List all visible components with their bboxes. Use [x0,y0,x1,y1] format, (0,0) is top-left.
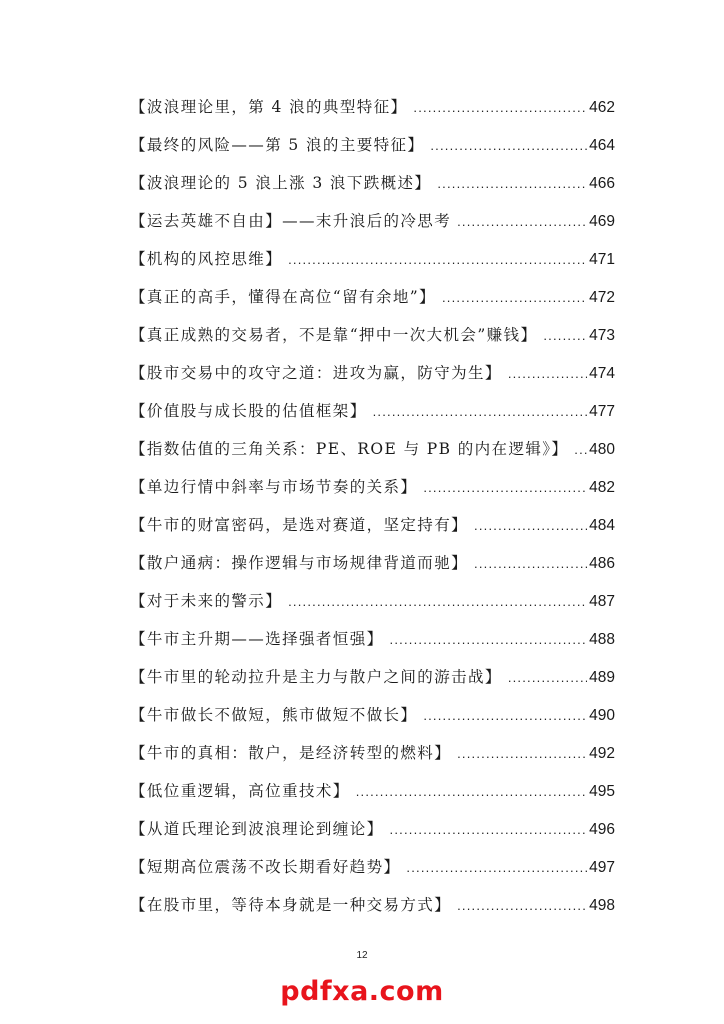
dot-leader [390,627,588,653]
toc-entry-title: 【真正的高手，懂得在高位“留有余地”】 [130,284,436,310]
toc-entry[interactable]: 【牛市的财富密码，是选对赛道，坚定持有】 484 [130,512,615,550]
toc-entry[interactable]: 【从道氏理论到波浪理论到缠论】 496 [130,816,615,854]
toc-entry[interactable]: 【在股市里，等待本身就是一种交易方式】 498 [130,892,615,930]
dot-leader [508,361,587,387]
toc-entry-page: 472 [589,285,615,311]
toc-entry-title: 【指数估值的三角关系：PE、ROE 与 PB 的内在逻辑》】 [130,436,568,462]
dot-leader [543,323,587,349]
toc-entry-title: 【牛市做长不做短，熊市做短不做长】 [130,702,417,728]
toc-entry-title: 【机构的风控思维】 [130,246,282,272]
toc-entry-title: 【对于未来的警示】 [130,588,282,614]
toc-entry-page: 492 [589,741,615,767]
toc-entry[interactable]: 【波浪理论里，第 4 浪的典型特征】 462 [130,94,615,132]
dot-leader [430,133,587,159]
toc-entry-title: 【短期高位震荡不改长期看好趋势】 [130,854,400,880]
toc-entry-title: 【最终的风险——第 5 浪的主要特征】 [130,132,424,158]
toc-entry-title: 【真正成熟的交易者，不是靠“押中一次大机会”赚钱】 [130,322,537,348]
toc-entry-title: 【波浪理论的 5 浪上涨 3 浪下跌概述】 [130,170,431,196]
toc-entry-page: 489 [589,665,615,691]
dot-leader [288,589,587,615]
toc-entry[interactable]: 【真正成熟的交易者，不是靠“押中一次大机会”赚钱】 473 [130,322,615,360]
table-of-contents: 【波浪理论里，第 4 浪的典型特征】 462 【最终的风险——第 5 浪的主要特… [130,94,615,930]
toc-entry-page: 477 [589,399,615,425]
toc-entry[interactable]: 【牛市的真相：散户，是经济转型的燃料】 492 [130,740,615,778]
toc-entry-page: 498 [589,893,615,919]
toc-entry-page: 497 [589,855,615,881]
toc-entry[interactable]: 【波浪理论的 5 浪上涨 3 浪下跌概述】 466 [130,170,615,208]
toc-entry[interactable]: 【运去英雄不自由】——末升浪后的冷思考 469 [130,208,615,246]
toc-entry[interactable]: 【单边行情中斜率与市场节奏的关系】 482 [130,474,615,512]
toc-entry[interactable]: 【牛市做长不做短，熊市做短不做长】 490 [130,702,615,740]
toc-entry-title: 【在股市里，等待本身就是一种交易方式】 [130,892,451,918]
toc-entry[interactable]: 【股市交易中的攻守之道：进攻为赢，防守为生】 474 [130,360,615,398]
dot-leader [574,437,587,463]
dot-leader [474,551,587,577]
toc-entry-page: 471 [589,247,615,273]
toc-entry-title: 【价值股与成长股的估值框架】 [130,398,367,424]
toc-entry[interactable]: 【短期高位震荡不改长期看好趋势】 497 [130,854,615,892]
dot-leader [406,855,587,881]
dot-leader [373,399,588,425]
toc-entry-page: 488 [589,627,615,653]
dot-leader [288,247,587,273]
dot-leader [442,285,587,311]
toc-entry-title: 【波浪理论里，第 4 浪的典型特征】 [130,94,407,120]
toc-entry-page: 490 [589,703,615,729]
page-number: 12 [0,950,724,961]
watermark-logo: pdfxa.com [0,976,724,1007]
toc-entry-page: 496 [589,817,615,843]
toc-entry-page: 486 [589,551,615,577]
toc-entry-title: 【散户通病：操作逻辑与市场规律背道而驰】 [130,550,468,576]
toc-entry[interactable]: 【最终的风险——第 5 浪的主要特征】 464 [130,132,615,170]
toc-entry-title: 【牛市主升期——选择强者恒强】 [130,626,384,652]
toc-entry-title: 【运去英雄不自由】——末升浪后的冷思考 [130,208,451,234]
toc-entry[interactable]: 【低位重逻辑，高位重技术】 495 [130,778,615,816]
toc-entry-page: 484 [589,513,615,539]
toc-entry[interactable]: 【真正的高手，懂得在高位“留有余地”】 472 [130,284,615,322]
toc-entry-title: 【单边行情中斜率与市场节奏的关系】 [130,474,417,500]
toc-entry[interactable]: 【散户通病：操作逻辑与市场规律背道而驰】 486 [130,550,615,588]
toc-entry[interactable]: 【牛市里的轮动拉升是主力与散户之间的游击战】 489 [130,664,615,702]
toc-entry-page: 482 [589,475,615,501]
toc-entry-page: 473 [589,323,615,349]
dot-leader [457,741,587,767]
toc-entry[interactable]: 【对于未来的警示】 487 [130,588,615,626]
toc-entry-page: 495 [589,779,615,805]
toc-entry-page: 464 [589,133,615,159]
toc-entry-page: 469 [589,209,615,235]
toc-entry-title: 【股市交易中的攻守之道：进攻为赢，防守为生】 [130,360,502,386]
dot-leader [437,171,587,197]
toc-entry-page: 480 [589,437,615,463]
toc-entry-title: 【低位重逻辑，高位重技术】 [130,778,350,804]
toc-entry-title: 【牛市的财富密码，是选对赛道，坚定持有】 [130,512,468,538]
toc-entry-page: 487 [589,589,615,615]
toc-entry[interactable]: 【机构的风控思维】 471 [130,246,615,284]
toc-entry[interactable]: 【牛市主升期——选择强者恒强】 488 [130,626,615,664]
toc-entry-title: 【牛市里的轮动拉升是主力与散户之间的游击战】 [130,664,502,690]
toc-entry-title: 【牛市的真相：散户，是经济转型的燃料】 [130,740,451,766]
dot-leader [423,703,587,729]
dot-leader [474,513,587,539]
dot-leader [508,665,587,691]
toc-entry-page: 462 [589,95,615,121]
dot-leader [390,817,588,843]
dot-leader [423,475,587,501]
toc-entry-page: 474 [589,361,615,387]
toc-entry-page: 466 [589,171,615,197]
dot-leader [457,893,587,919]
toc-entry[interactable]: 【指数估值的三角关系：PE、ROE 与 PB 的内在逻辑》】 480 [130,436,615,474]
dot-leader [413,95,587,121]
toc-entry[interactable]: 【价值股与成长股的估值框架】 477 [130,398,615,436]
dot-leader [457,209,587,235]
dot-leader [356,779,587,805]
toc-entry-title: 【从道氏理论到波浪理论到缠论】 [130,816,384,842]
